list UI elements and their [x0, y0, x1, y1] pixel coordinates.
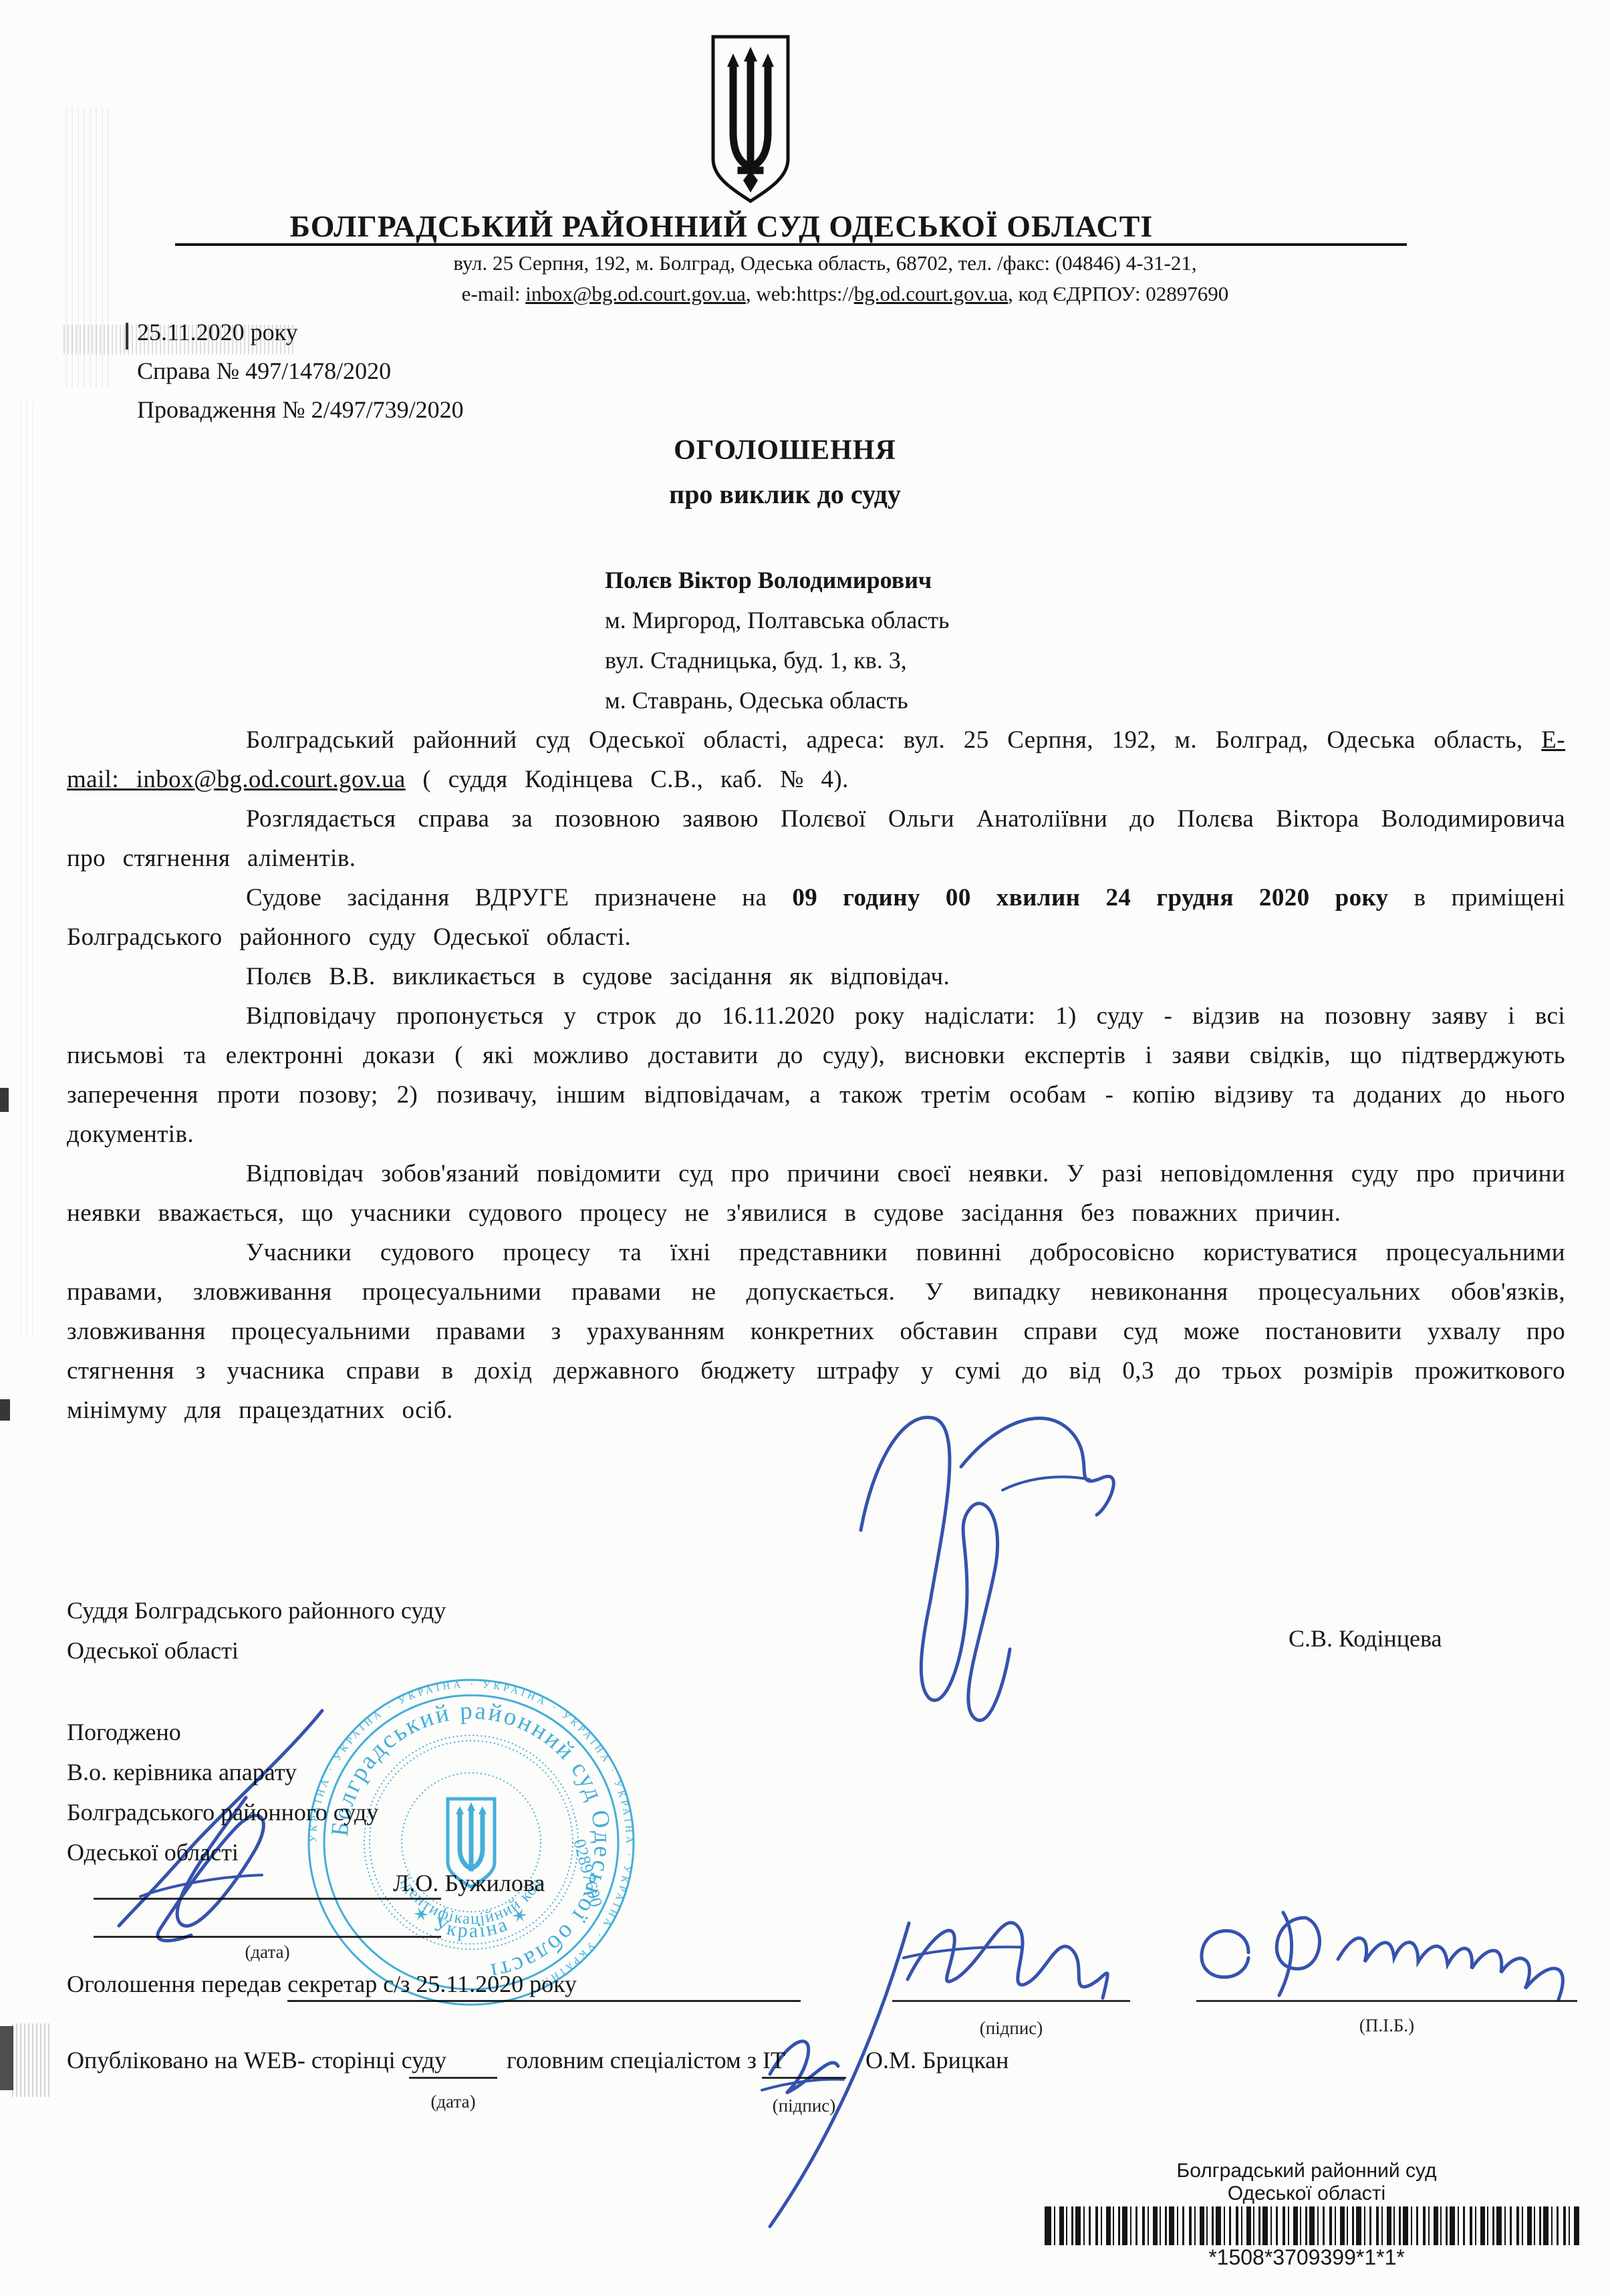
it-specialist-label: головним спеціалістом з ІТ [507, 2046, 785, 2074]
footer-court-name: Болградський районний суд Одеської облас… [1043, 2160, 1571, 2205]
judge-name: С.В. Кодінцева [1289, 1618, 1442, 1659]
name-blank-line [1196, 2000, 1577, 2002]
it-sign-blank [762, 2077, 846, 2079]
published-date-blank [409, 2077, 497, 2079]
judge-title-block: Суддя Болградського районного суду Одесь… [67, 1590, 446, 1671]
web-label: , web:https:// [746, 282, 854, 305]
transfer-line: Оголошення передав секретар с/з 25.11.20… [67, 1970, 801, 1998]
email-label: e-mail: [462, 282, 526, 305]
body-paragraph: Судове засідання ВДРУГЕ призначене на 09… [67, 878, 1565, 957]
scanner-edge-mark [0, 1399, 10, 1421]
announcement-title: ОГОЛОШЕННЯ [0, 434, 1610, 466]
published-line-label: Опубліковано на WEB- сторінці суду [67, 2046, 446, 2074]
body-paragraph: Болградський районний суд Одеської облас… [67, 720, 1565, 799]
recipient-address-line: м. Ставрань, Одеська область [605, 680, 949, 720]
scanner-corner-streaks [12, 2023, 52, 2097]
transfer-details: секретар с/з 25.11.2020 року [287, 1971, 801, 2002]
date-caption: (дата) [401, 2092, 505, 2112]
date-line [94, 1936, 441, 1938]
scanner-edge-mark [0, 2026, 13, 2090]
signature-blank-line [892, 2000, 1130, 2002]
court-email-link[interactable]: inbox@bg.od.court.gov.ua [525, 282, 746, 305]
body-paragraph: Полєв В.В. викликається в судове засідан… [67, 957, 1565, 996]
barcode-value: *1508*3709399*1*1* [1043, 2245, 1571, 2270]
signature-line [94, 1898, 441, 1900]
header-divider [175, 243, 1407, 246]
body-paragraph: Розглядається справа за позовною заявою … [67, 799, 1565, 878]
recipient-name: Полєв Віктор Володимирович [605, 560, 949, 600]
name-caption: (П.І.Б.) [1196, 2015, 1577, 2036]
case-number: Справа № 497/1478/2020 [137, 351, 464, 390]
body-paragraph: Відповідач зобов'язаний повідомити суд п… [67, 1154, 1565, 1233]
body-paragraph: Відповідачу пропонується у строк до 16.1… [67, 996, 1565, 1154]
scanner-streak-artifact [65, 107, 112, 388]
scanner-tick-artifact [126, 323, 128, 349]
announcement-body: Болградський районний суд Одеської облас… [67, 720, 1565, 1430]
ukraine-trident-emblem-icon [707, 33, 794, 206]
secretary-signature [904, 1922, 1107, 1998]
scanned-document-page: БОЛГРАДСЬКИЙ РАЙОННИЙ СУД ОДЕСЬКОЇ ОБЛАС… [0, 0, 1610, 2296]
court-name-heading: БОЛГРАДСЬКИЙ РАЙОННИЙ СУД ОДЕСЬКОЇ ОБЛАС… [0, 208, 1610, 244]
approver-title-line: Одеської області [67, 1832, 378, 1872]
it-signature [762, 1923, 909, 2227]
proceeding-number: Провадження № 2/497/739/2020 [137, 390, 464, 429]
stamp-edrpou-code: 02897690 [569, 1837, 606, 1909]
barcode-icon [1045, 2206, 1579, 2245]
announcement-subtitle: про виклик до суду [0, 478, 1610, 510]
approver-title-line: Болградського районного суду [67, 1792, 378, 1832]
judge-title-line: Одеської області [67, 1630, 446, 1671]
recipient-block: Полєв Віктор Володимирович м. Миргород, … [605, 560, 949, 720]
it-specialist-name: О.М. Брицкан [865, 2046, 1009, 2074]
pib-signature [1202, 1912, 1563, 1999]
approver-title-line: В.о. керівника апарату [67, 1752, 378, 1792]
court-address-line: вул. 25 Серпня, 192, м. Болград, Одеська… [0, 251, 1610, 275]
court-web-link[interactable]: bg.od.court.gov.ua [854, 282, 1008, 305]
approver-name: Л.О. Бужилова [393, 1863, 545, 1903]
scanner-streak-artifact [20, 401, 37, 1336]
body-paragraph: Учасники судового процесу та їхні предст… [67, 1233, 1565, 1430]
sign-caption: (підпис) [892, 2018, 1130, 2039]
recipient-address-line: вул. Стадницька, буд. 1, кв. 3, [605, 640, 949, 680]
recipient-address-line: м. Миргород, Полтавська область [605, 600, 949, 640]
approved-block: Погоджено В.о. керівника апарату Болград… [67, 1712, 378, 1872]
footer-court-line: Одеської області [1043, 2182, 1571, 2205]
document-date: 25.11.2020 року [137, 313, 464, 351]
sign-caption: (підпис) [742, 2096, 866, 2116]
hearing-datetime: 09 годину 00 хвилин 24 грудня 2020 року [792, 884, 1388, 911]
case-info-block: 25.11.2020 року Справа № 497/1478/2020 П… [137, 313, 464, 429]
judge-title-line: Суддя Болградського районного суду [67, 1590, 446, 1630]
date-caption: (дата) [94, 1942, 441, 1963]
judge-signature [861, 1417, 1113, 1720]
edrpou-code: , код ЄДРПОУ: 02897690 [1008, 282, 1228, 305]
court-contacts-line: e-mail: inbox@bg.od.court.gov.ua, web:ht… [0, 282, 1610, 306]
footer-court-line: Болградський районний суд [1043, 2160, 1571, 2182]
scanner-edge-mark [0, 1088, 9, 1112]
approved-label: Погоджено [67, 1712, 378, 1752]
